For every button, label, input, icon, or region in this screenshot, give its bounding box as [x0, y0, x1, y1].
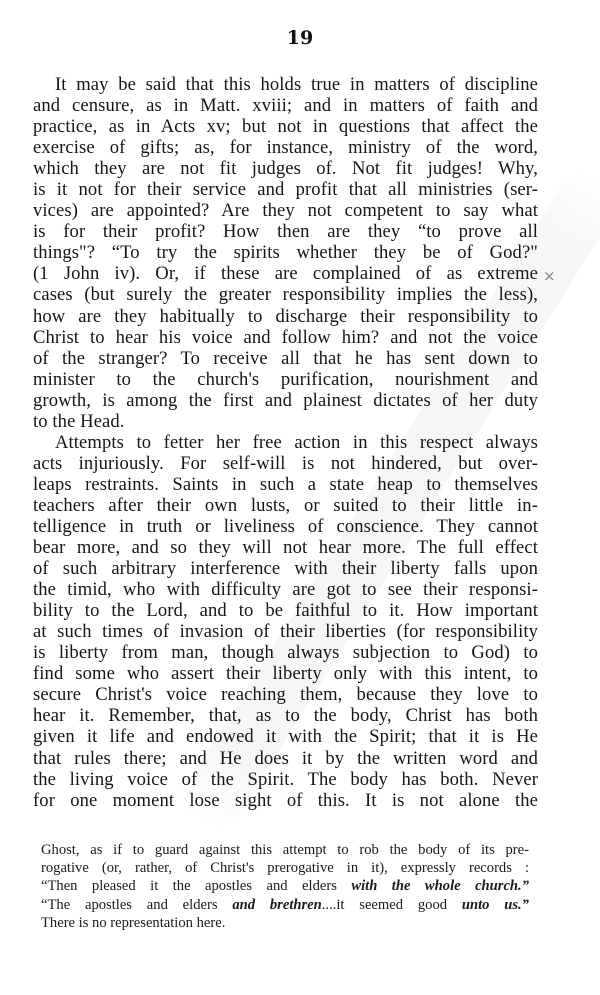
footnote-text: “Then pleased it the apostles and elders [41, 878, 351, 894]
text-line: of the stranger? To receive all that he … [33, 348, 538, 369]
text-line: vices) are appointed? Are they not compe… [33, 200, 538, 221]
text-line: practice, as in Acts xv; but not in ques… [33, 116, 538, 137]
text-line: at such times of invasion of their liber… [33, 621, 538, 642]
text-line: It may be said that this holds true in m… [33, 74, 538, 95]
footnote-italic-text: with the whole church.” [351, 878, 529, 894]
text-line: minister to the church's purification, n… [33, 369, 538, 390]
text-line: how are they habitually to discharge the… [33, 306, 538, 327]
text-line: for one moment lose sight of this. It is… [33, 790, 538, 811]
footnote-text: ....it seemed good [322, 897, 462, 913]
book-page: 19 × It may be said that this holds true… [0, 0, 600, 995]
text-line: exercise of gifts; as, for instance, min… [33, 137, 538, 158]
text-line: things"? “To try the spirits whether the… [33, 242, 538, 263]
text-line: the timid, who with difficulty are got t… [33, 579, 538, 600]
text-line: teachers after their own lusts, or suite… [33, 495, 538, 516]
text-line: Christ to hear his voice and follow him?… [33, 327, 538, 348]
text-line: bility to the Lord, and to be faithful t… [33, 600, 538, 621]
footnote-line: “The apostles and elders and brethren...… [41, 896, 529, 914]
footnote-italic-text: and brethren [232, 897, 321, 913]
text-line: that rules there; and He does it by the … [33, 748, 538, 769]
text-line: find some who assert their liberty only … [33, 663, 538, 684]
footnote-line: “Then pleased it the apostles and elders… [41, 877, 529, 895]
text-line: leaps restraints. Saints in such a state… [33, 474, 538, 495]
footnote-text: “The apostles and elders [41, 897, 232, 913]
body-text: It may be said that this holds true in m… [33, 74, 538, 811]
text-line: hear it. Remember, that, as to the body,… [33, 705, 538, 726]
text-line: the living voice of the Spirit. The body… [33, 769, 538, 790]
text-line: secure Christ's voice reaching them, bec… [33, 684, 538, 705]
footnote-line: There is no representation here. [41, 914, 529, 932]
text-line: to the Head. [33, 411, 538, 432]
text-line: bear more, and so they will not hear mor… [33, 537, 538, 558]
scan-artifact-mark: × [543, 267, 556, 285]
text-line: growth, is among the first and plainest … [33, 390, 538, 411]
text-line: which they are not fit judges of. Not fi… [33, 158, 538, 179]
text-line: and censure, as in Matt. xviii; and in m… [33, 95, 538, 116]
text-line: Attempts to fetter her free action in th… [33, 432, 538, 453]
text-line: is for their profit? How then are they “… [33, 221, 538, 242]
text-line: (1 John iv). Or, if these are complained… [33, 263, 538, 284]
text-line: of such arbitrary interference with thei… [33, 558, 538, 579]
footnote-line: Ghost, as if to guard against this attem… [41, 841, 529, 859]
footnote-italic-text: unto us.” [462, 897, 529, 913]
text-line: given it life and endowed it with the Sp… [33, 726, 538, 747]
text-line: cases (but surely the greater responsibi… [33, 284, 538, 305]
footnote-line: rogative (or, rather, of Christ's prerog… [41, 859, 529, 877]
text-line: is it not for their service and profit t… [33, 179, 538, 200]
text-line: is liberty from man, though always subje… [33, 642, 538, 663]
page-number: 19 [0, 27, 600, 49]
text-line: telligence in truth or liveliness of con… [33, 516, 538, 537]
footnote: Ghost, as if to guard against this attem… [41, 841, 529, 932]
text-line: acts injuriously. For self-will is not h… [33, 453, 538, 474]
